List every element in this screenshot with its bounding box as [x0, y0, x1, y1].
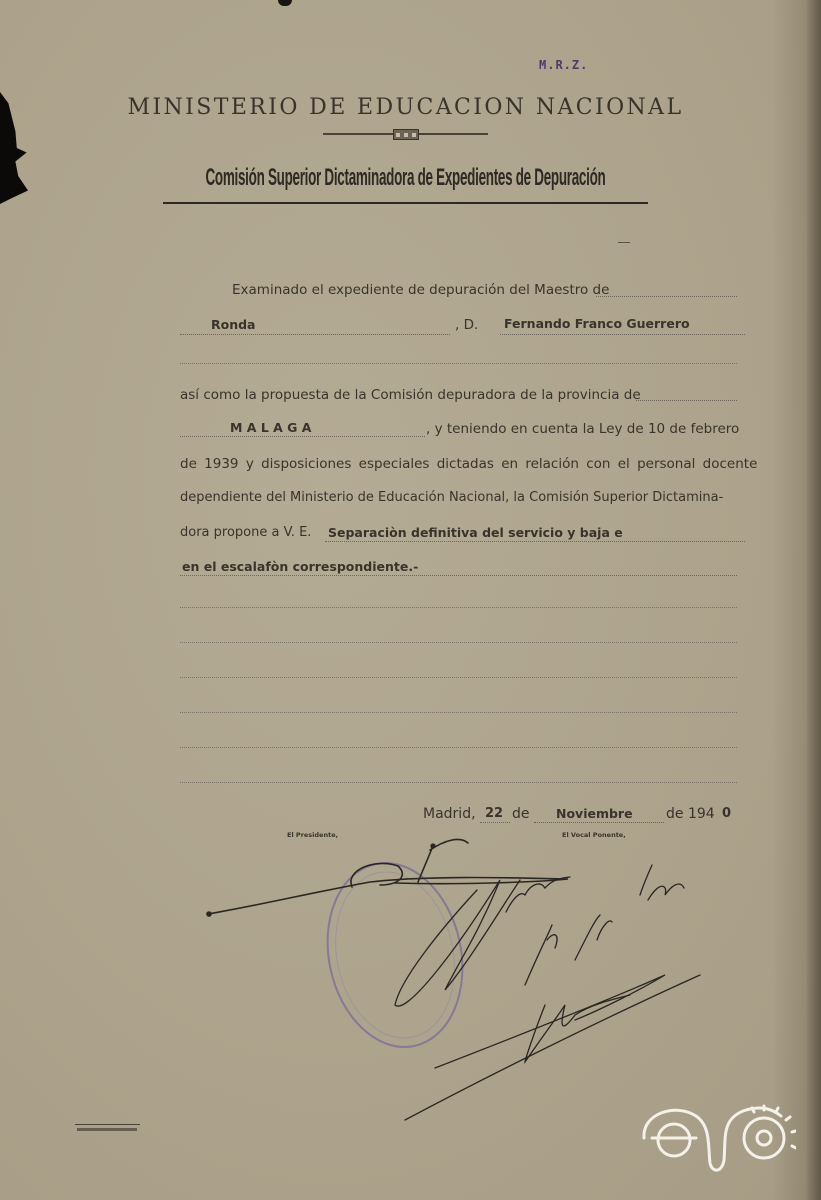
president-label: El Presidente,: [287, 831, 338, 839]
fill-line: [180, 436, 425, 437]
fill-line: [636, 400, 737, 401]
date-year-prefix: de 194: [666, 806, 715, 822]
body-line-1: Examinado el expediente de depuración de…: [232, 282, 609, 298]
fill-line: [180, 677, 737, 678]
proposal-field-1: Separaciòn definitiva del servicio y baj…: [328, 525, 623, 540]
commission-underline: [163, 202, 648, 204]
date-month: Noviembre: [556, 806, 633, 821]
body-line-5: de 1939 y disposiciones especiales dicta…: [180, 456, 757, 472]
fill-line: [180, 363, 737, 364]
fill-line: [180, 334, 450, 335]
teacher-name-field: Fernando Franco Guerrero: [504, 316, 690, 331]
ornament-icon: [393, 129, 419, 140]
commission-title: Comisión Superior Dictaminadora de Exped…: [163, 164, 648, 192]
printer-rule: [75, 1124, 140, 1125]
body-line-6: dependiente del Ministerio de Educación …: [180, 490, 723, 505]
town-field: Ronda: [211, 317, 256, 332]
fill-line: [180, 575, 737, 576]
paper-fold-right: [807, 0, 821, 1200]
fill-line: [596, 296, 737, 297]
reference-mark: M.R.Z.: [539, 58, 588, 72]
printer-imprint: [77, 1128, 137, 1131]
fill-line: [180, 747, 737, 748]
body-line-7: dora propone a V. E.: [180, 525, 311, 540]
fill-line: [534, 822, 664, 823]
fill-line: [180, 607, 737, 608]
ministry-title-text: MINISTERIO DE EDUCACION NACIONAL: [128, 95, 684, 120]
body-line-3: así como la propuesta de la Comisión dep…: [180, 387, 641, 403]
fill-line: [480, 822, 510, 823]
dash-mark: [618, 242, 630, 243]
date-day: 22: [485, 806, 503, 821]
vocal-label: El Vocal Ponente,: [562, 831, 626, 839]
ministry-title: MINISTERIO DE EDUCACION NACIONAL: [0, 95, 821, 120]
fill-line: [325, 541, 745, 542]
province-field: M A L A G A: [230, 420, 311, 435]
archive-logo-icon: [636, 1098, 796, 1178]
proposal-field-2: en el escalafòn correspondiente.-: [182, 559, 418, 574]
don-prefix: , D.: [455, 317, 478, 333]
body-line-4: , y teniendo en cuenta la Ley de 10 de f…: [426, 421, 739, 437]
fill-line: [180, 782, 737, 783]
fill-line: [180, 712, 737, 713]
date-year-digit: 0: [722, 806, 731, 821]
date-place: Madrid,: [423, 806, 476, 822]
date-de: de: [512, 806, 530, 822]
fill-line: [180, 642, 737, 643]
fill-line: [500, 334, 745, 335]
